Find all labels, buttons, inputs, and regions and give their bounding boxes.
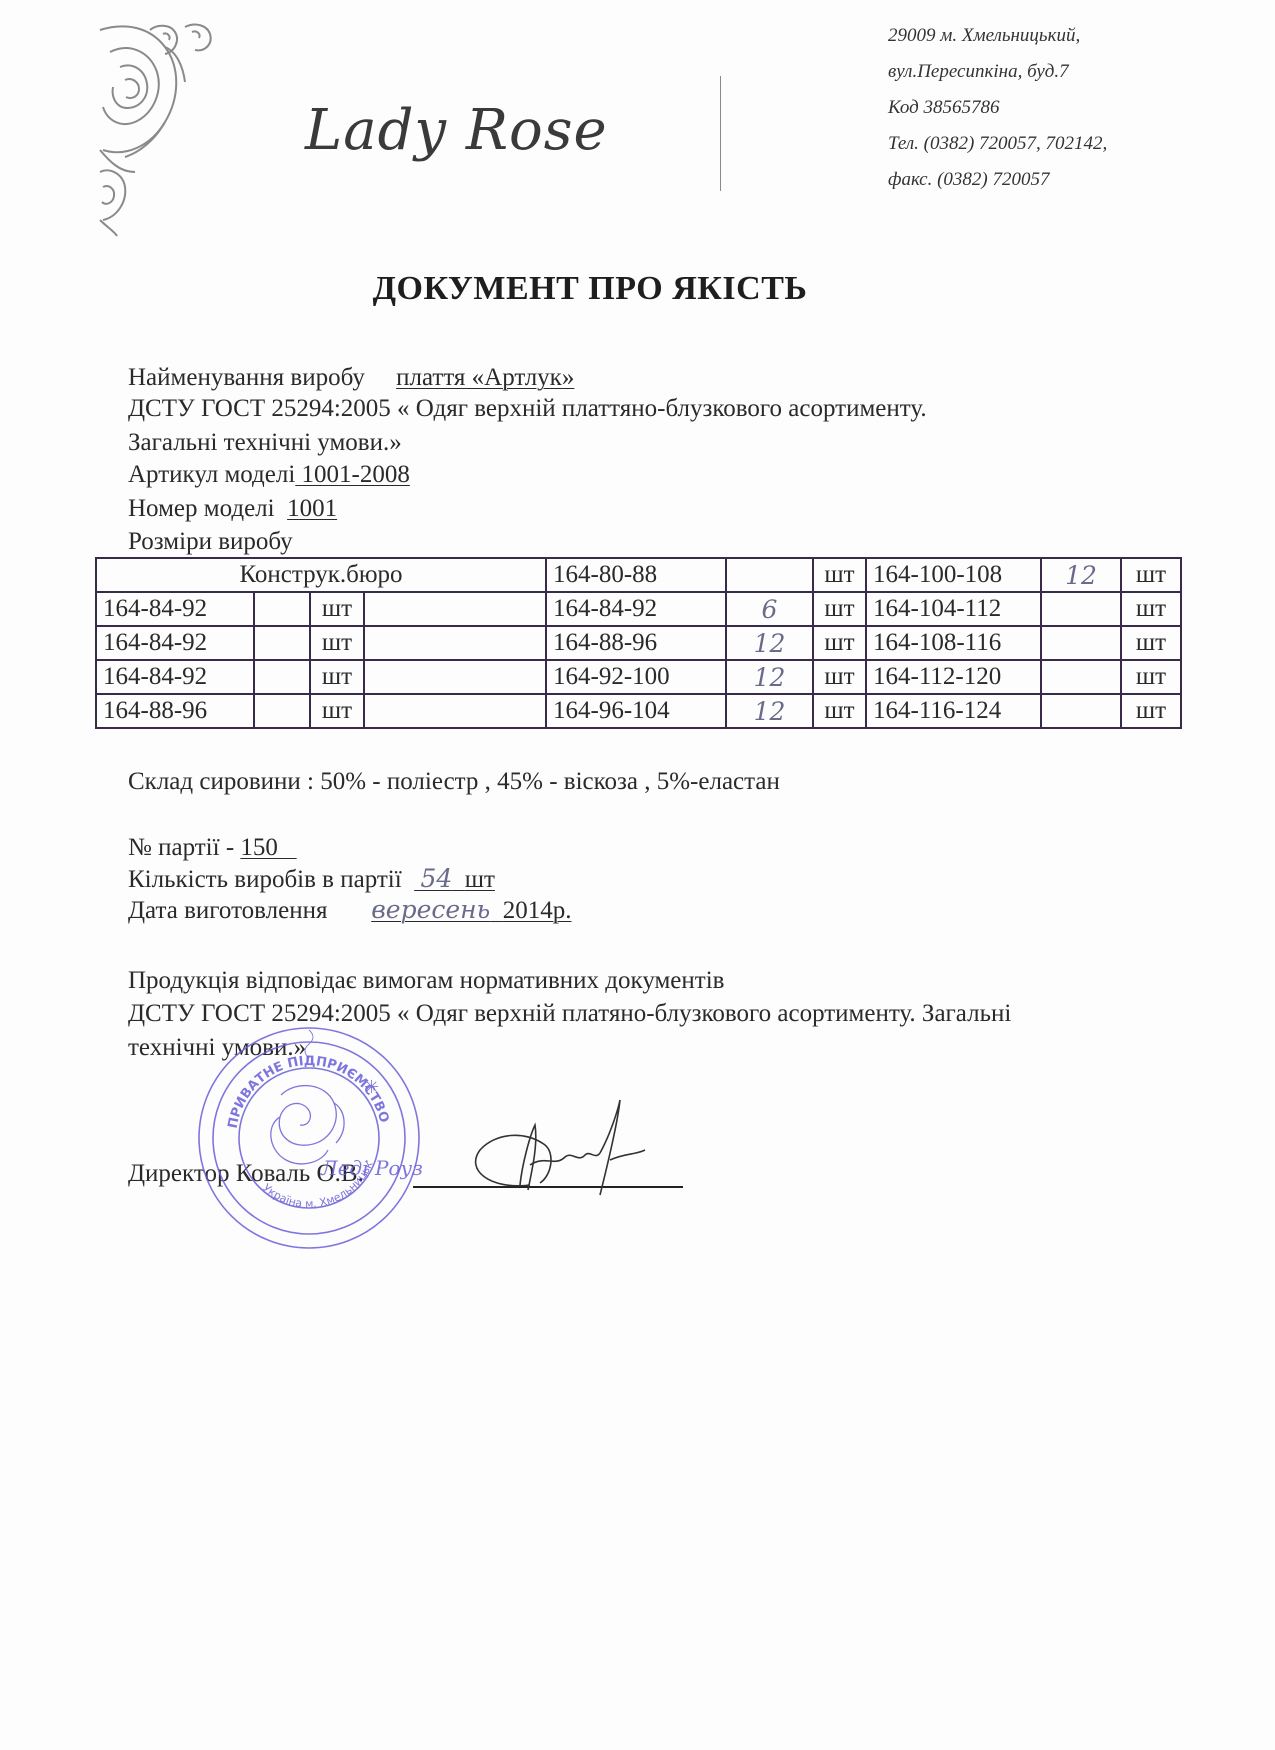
- size-cell: 164-84-92: [96, 660, 254, 694]
- size-cell: 164-84-92: [96, 592, 254, 626]
- batch-count-value: 54 шт: [414, 866, 495, 893]
- company-stamp-icon: ПРИВАТНЕ ПІДПРИЄМСТВО Україна м. Хмельни…: [196, 1025, 422, 1251]
- model-value: 1001: [287, 495, 337, 522]
- unit-cell: шт: [813, 694, 866, 728]
- quantity-cell: [1041, 694, 1121, 728]
- conformity-line-1: Продукція відповідає вимогам нормативних…: [128, 965, 724, 996]
- svg-text:Україна м. Хмельницький: Україна м. Хмельницький: [196, 1025, 376, 1210]
- unit-cell: шт: [813, 592, 866, 626]
- director-signature-icon: [460, 1095, 690, 1205]
- company-logo: Lady Rose: [305, 98, 608, 163]
- quantity-cell: 12: [1041, 558, 1121, 592]
- size-cell: 164-80-88: [546, 558, 726, 592]
- unit-cell: шт: [310, 660, 364, 694]
- article-line: Артикул моделі 1001-2008: [128, 459, 410, 490]
- unit-cell: шт: [1121, 558, 1181, 592]
- quantity-cell: [254, 592, 310, 626]
- unit-cell: шт: [1121, 592, 1181, 626]
- size-cell: 164-88-96: [546, 626, 726, 660]
- size-cell: 164-116-124: [866, 694, 1041, 728]
- size-cell: 164-84-92: [96, 626, 254, 660]
- unit-cell: шт: [813, 558, 866, 592]
- article-value: 1001-2008: [295, 461, 410, 488]
- unit-cell: шт: [310, 694, 364, 728]
- size-cell: 164-104-112: [866, 592, 1041, 626]
- table-row: 164-84-92шт164-92-10012шт164-112-120шт: [96, 660, 1181, 694]
- product-name-label: Найменування виробу: [128, 364, 365, 391]
- standard-line-2: Загальні технічні умови.»: [128, 427, 402, 458]
- quantity-cell: [1041, 626, 1121, 660]
- batch-count-label: Кількість виробів в партії: [128, 866, 402, 893]
- quantity-cell: 6: [726, 592, 813, 626]
- blank-cell: [364, 694, 546, 728]
- table-row: 164-88-96шт164-96-10412шт164-116-124шт: [96, 694, 1181, 728]
- size-table: Конструк.бюро164-80-88шт164-100-10812шт1…: [95, 557, 1182, 729]
- manufacture-date-line: Дата виготовлення вересень 2014р.: [128, 894, 572, 926]
- blank-cell: [364, 626, 546, 660]
- batch-count-line: Кількість виробів в партії 54 шт: [128, 863, 495, 895]
- standard-line-1: ДСТУ ГОСТ 25294:2005 « Одяг верхній плат…: [128, 393, 927, 424]
- size-cell: 164-84-92: [546, 592, 726, 626]
- quantity-cell: [1041, 660, 1121, 694]
- blank-cell: [364, 660, 546, 694]
- table-row: 164-84-92шт164-88-9612шт164-108-116шт: [96, 626, 1181, 660]
- composition: Склад сировини : 50% - поліестр , 45% - …: [128, 766, 780, 797]
- design-bureau-header: Конструк.бюро: [96, 558, 546, 592]
- quantity-cell: [726, 558, 813, 592]
- model-label: Номер моделі: [128, 495, 275, 522]
- unit-cell: шт: [310, 592, 364, 626]
- svg-text:Леді Роуз: Леді Роуз: [320, 1156, 422, 1180]
- table-row: Конструк.бюро164-80-88шт164-100-10812шт: [96, 558, 1181, 592]
- fax: факс. (0382) 720057: [888, 162, 1107, 198]
- quantity-cell: 12: [726, 694, 813, 728]
- manufacture-date-value: вересень 2014р.: [371, 897, 571, 924]
- blank-cell: [364, 592, 546, 626]
- document-title: ДОКУМЕНТ ПРО ЯКІСТЬ: [0, 270, 1180, 308]
- unit-cell: шт: [310, 626, 364, 660]
- address-street: вул.Пересипкіна, буд.7: [888, 54, 1107, 90]
- article-label: Артикул моделі: [128, 461, 295, 488]
- quantity-cell: [1041, 592, 1121, 626]
- quantity-cell: [254, 626, 310, 660]
- sizes-label: Розміри виробу: [128, 526, 293, 557]
- batch-number-value: 150: [240, 834, 296, 861]
- size-cell: 164-100-108: [866, 558, 1041, 592]
- unit-cell: шт: [1121, 660, 1181, 694]
- batch-number-label: № партії -: [128, 834, 240, 861]
- unit-cell: шт: [813, 660, 866, 694]
- batch-number-line: № партії - 150: [128, 832, 297, 863]
- product-name-value: плаття «Артлук»: [396, 364, 574, 391]
- size-cell: 164-92-100: [546, 660, 726, 694]
- unit-cell: шт: [813, 626, 866, 660]
- phone: Тел. (0382) 720057, 702142,: [888, 126, 1107, 162]
- quantity-cell: [254, 660, 310, 694]
- address-city: 29009 м. Хмельницький,: [888, 18, 1107, 54]
- company-code: Код 38565786: [888, 90, 1107, 126]
- unit-cell: шт: [1121, 694, 1181, 728]
- svg-text:✳: ✳: [364, 1077, 379, 1098]
- header-divider: [720, 76, 721, 191]
- size-cell: 164-96-104: [546, 694, 726, 728]
- quantity-cell: 12: [726, 660, 813, 694]
- unit-cell: шт: [1121, 626, 1181, 660]
- quantity-cell: 12: [726, 626, 813, 660]
- table-row: 164-84-92шт164-84-926шт164-104-112шт: [96, 592, 1181, 626]
- quantity-cell: [254, 694, 310, 728]
- size-cell: 164-88-96: [96, 694, 254, 728]
- model-line: Номер моделі 1001: [128, 493, 337, 524]
- product-name-line: Найменування виробу плаття «Артлук»: [128, 362, 574, 393]
- rose-decoration-icon: [95, 22, 235, 237]
- manufacture-date-label: Дата виготовлення: [128, 897, 327, 924]
- company-contact: 29009 м. Хмельницький, вул.Пересипкіна, …: [888, 18, 1107, 198]
- size-cell: 164-112-120: [866, 660, 1041, 694]
- size-cell: 164-108-116: [866, 626, 1041, 660]
